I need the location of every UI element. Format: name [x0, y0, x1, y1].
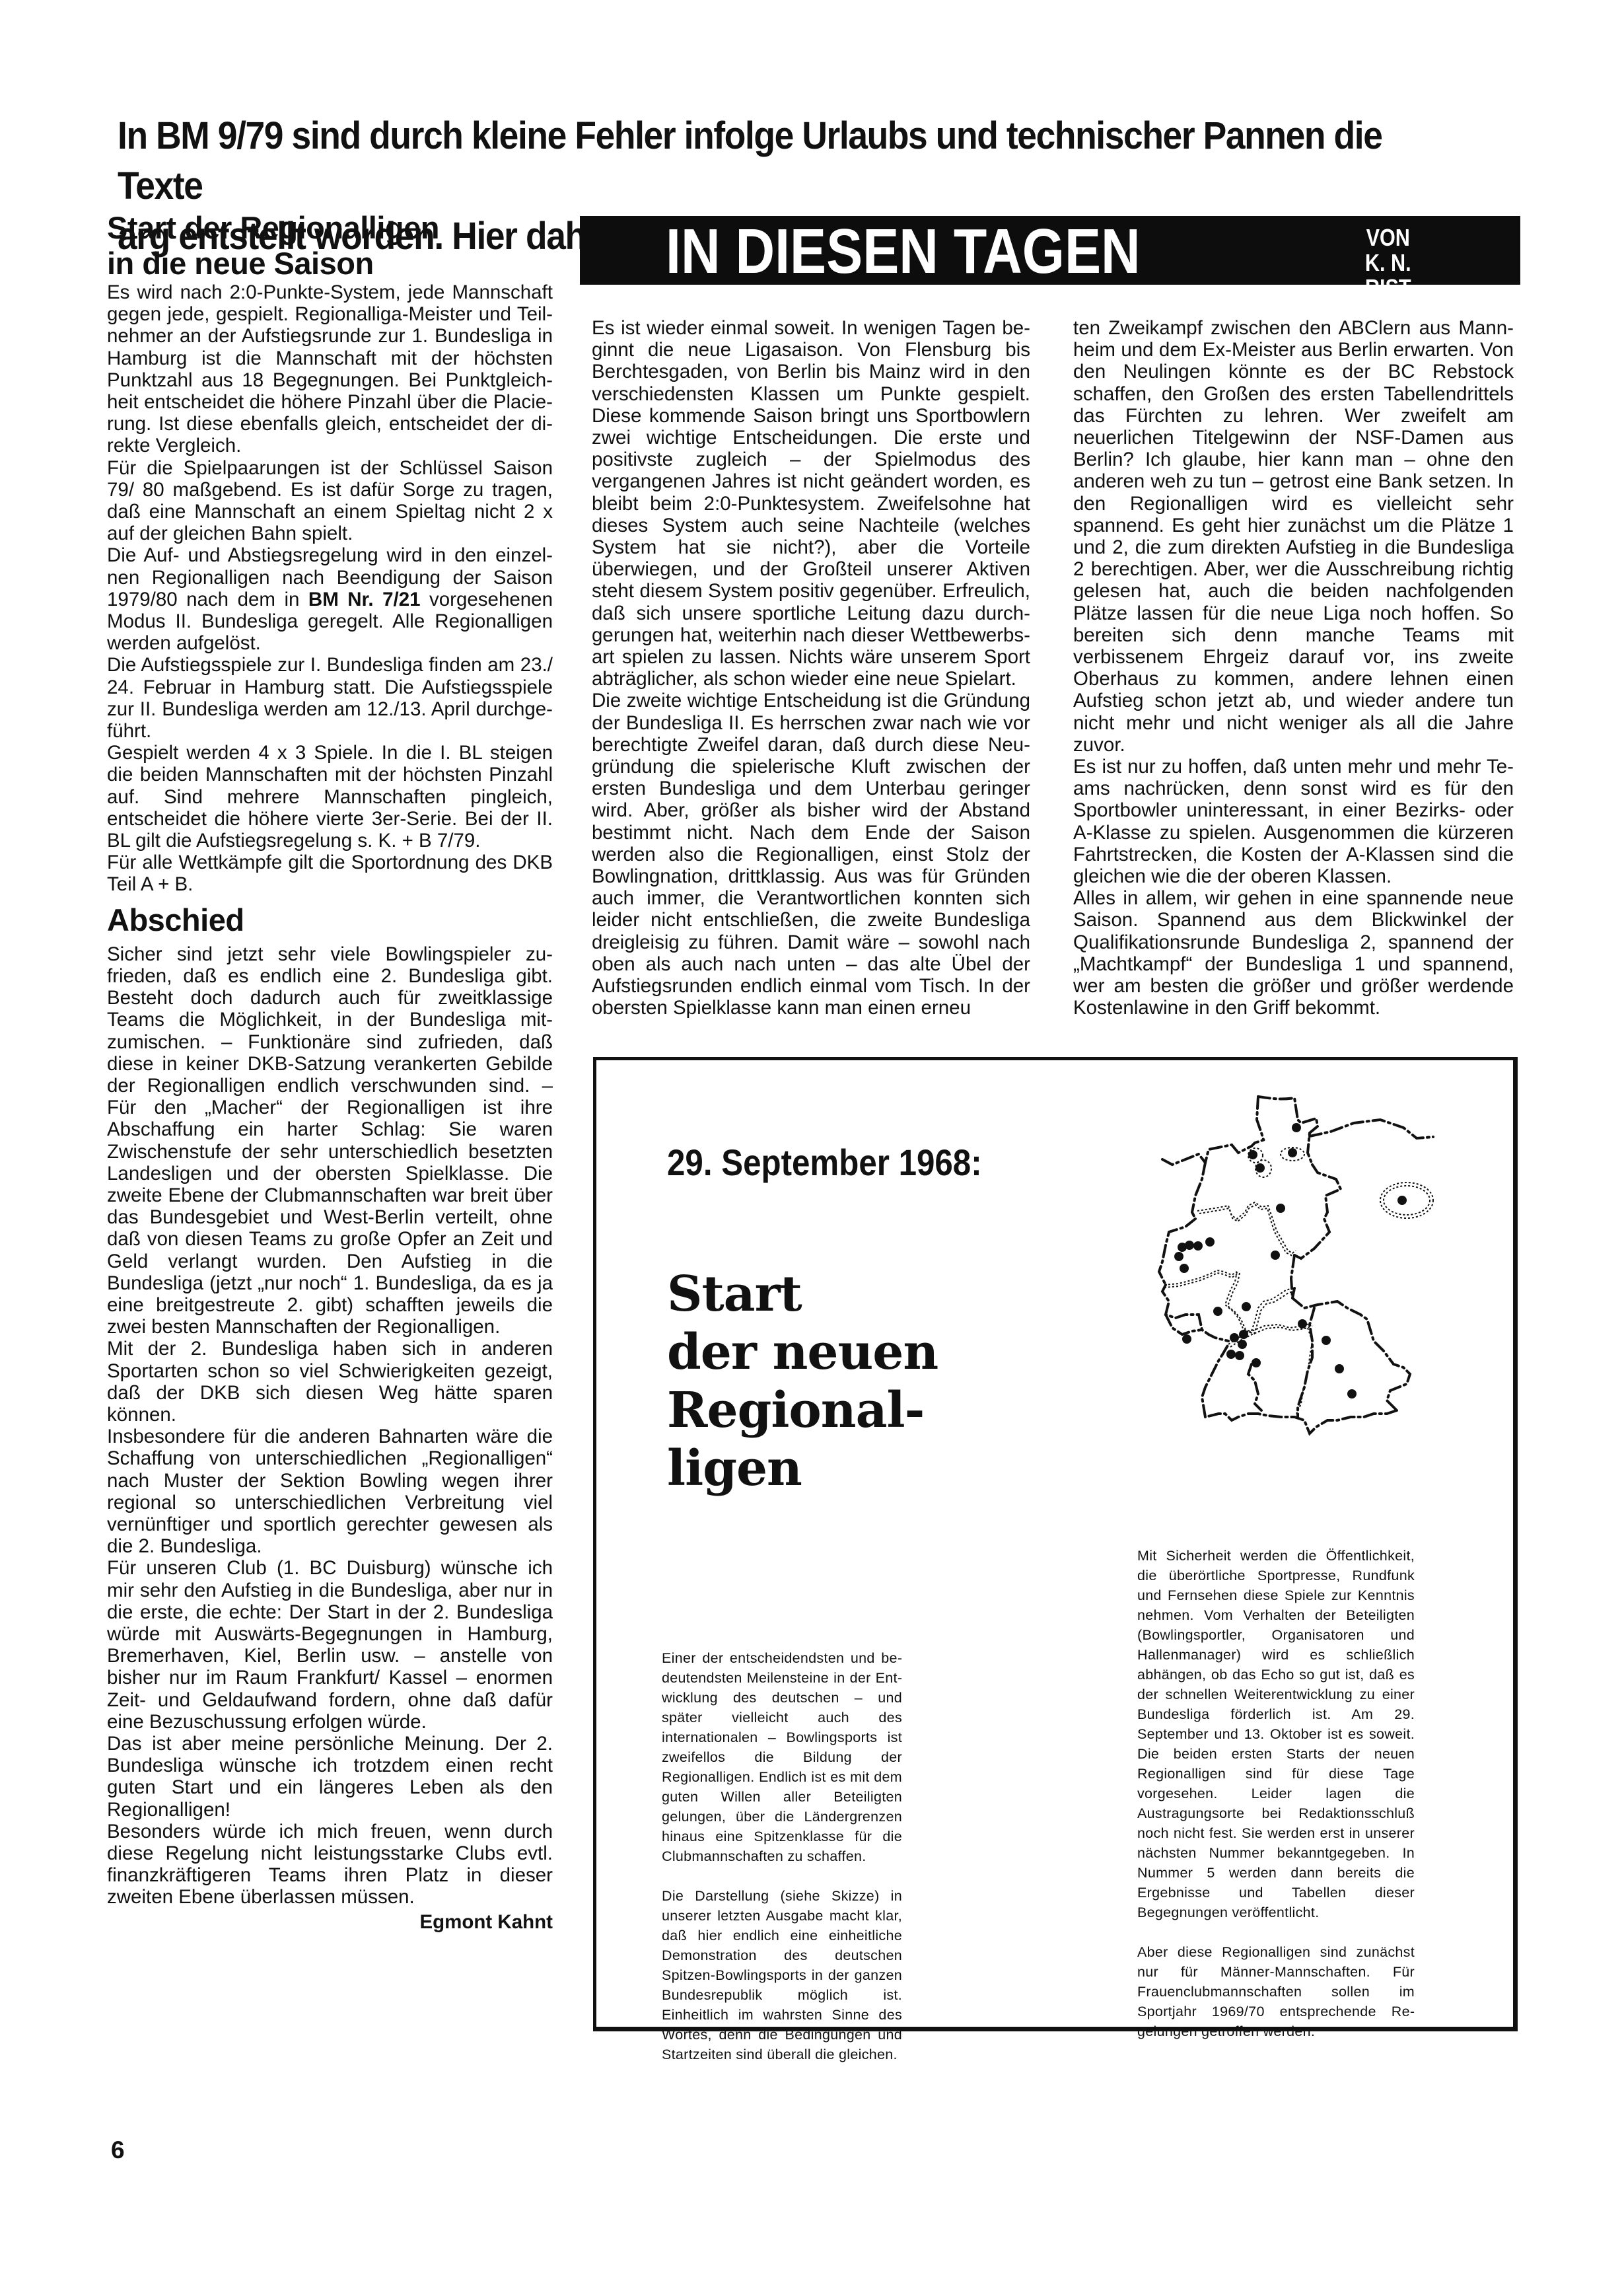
inset-title-line: der neuen — [667, 1323, 938, 1381]
paragraph: Gespielt werden 4 x 3 Spiele. In die I. … — [107, 742, 553, 852]
article-title: Start der Regionalligen in die neue Sais… — [107, 210, 553, 281]
paragraph: Das ist aber meine persönliche Meinung. … — [107, 1733, 553, 1821]
inset-title: Start der neuen Regional- ligen — [667, 1265, 938, 1498]
inset-text-right: Mit Sicherheit werden die Öffentlich­kei… — [1137, 1546, 1415, 2041]
paragraph: Alles in allem, wir gehen in eine spanne… — [1073, 887, 1514, 1019]
intro-line-1: In BM 9/79 sind durch kleine Fehler info… — [118, 111, 1405, 211]
inset-title-line: Regional- — [667, 1381, 938, 1439]
article-title-abschied: Abschied — [107, 902, 553, 938]
paragraph: Es ist wieder einmal soweit. In wenigen … — [592, 317, 1030, 690]
paragraph: Für unseren Club (1. BC Duisburg) wünsch… — [107, 1557, 553, 1733]
inset-title-line: ligen — [667, 1439, 938, 1498]
byline-von: VON — [1346, 225, 1430, 250]
paragraph: Einer der entscheidendsten und be­deuten… — [662, 1648, 902, 1866]
paragraph: Mit der 2. Bundesliga haben sich in ande… — [107, 1338, 553, 1426]
paragraph: Sicher sind jetzt sehr viele Bowlingspie… — [107, 943, 553, 1338]
column-banner: IN DIESEN TAGEN VON K. N. RIST — [580, 216, 1520, 285]
paragraph: Insbesondere für die anderen Bahnarten w… — [107, 1426, 553, 1557]
paragraph: Besonders würde ich mich freuen, wenn du… — [107, 1821, 553, 1908]
paragraph: Die Aufstiegsspiele zur I. Bundesliga fi… — [107, 654, 553, 742]
paragraph: Mit Sicherheit werden die Öffentlich­kei… — [1137, 1546, 1415, 1922]
paragraph: Für alle Wettkämpfe gilt die Sportordnun… — [107, 852, 553, 895]
column-text-2: ten Zweikampf zwischen den ABClern aus M… — [1073, 317, 1514, 1019]
inset-text-left: Einer der entscheidendsten und be­deuten… — [662, 1648, 902, 2064]
byline-author: K. N. RIST — [1346, 250, 1430, 301]
paragraph: Aber diese Regionalligen sind zunächst n… — [1137, 1942, 1415, 2041]
banner-byline: VON K. N. RIST — [1346, 225, 1430, 301]
paragraph: Die Auf- und Abstiegsregelung wird in de… — [107, 544, 553, 654]
germany-regions-map-icon — [1139, 1080, 1496, 1529]
paragraph: Für die Spielpaarungen ist der Schlüssel… — [107, 457, 553, 545]
inset-title-line: Start — [667, 1265, 938, 1323]
paragraph: Die Darstellung (siehe Skizze) in unse­r… — [662, 1886, 902, 2064]
article-title-line-2: in die neue Saison — [107, 246, 374, 281]
paragraph: ten Zweikampf zwischen den ABClern aus M… — [1073, 317, 1514, 756]
page-number: 6 — [111, 2136, 125, 2164]
paragraph: Die zweite wichtige Entscheidung ist die… — [592, 690, 1030, 1019]
banner-title: IN DIESEN TAGEN — [666, 219, 1141, 285]
issue-reference: BM Nr. 7/21 — [308, 589, 421, 610]
article-title-line-1: Start der Regionalligen — [107, 210, 439, 245]
paragraph: Es wird nach 2:0-Punkte-System, jede Man… — [107, 281, 553, 457]
article-regionalligen: Start der Regionalligen in die neue Sais… — [107, 210, 553, 1933]
paragraph: Es ist nur zu hoffen, daß unten mehr und… — [1073, 756, 1514, 887]
inset-date-heading: 29. September 1968: — [667, 1143, 982, 1182]
column-text-1: Es ist wieder einmal soweit. In wenigen … — [592, 317, 1030, 1019]
author-signature: Egmont Kahnt — [107, 1911, 553, 1933]
